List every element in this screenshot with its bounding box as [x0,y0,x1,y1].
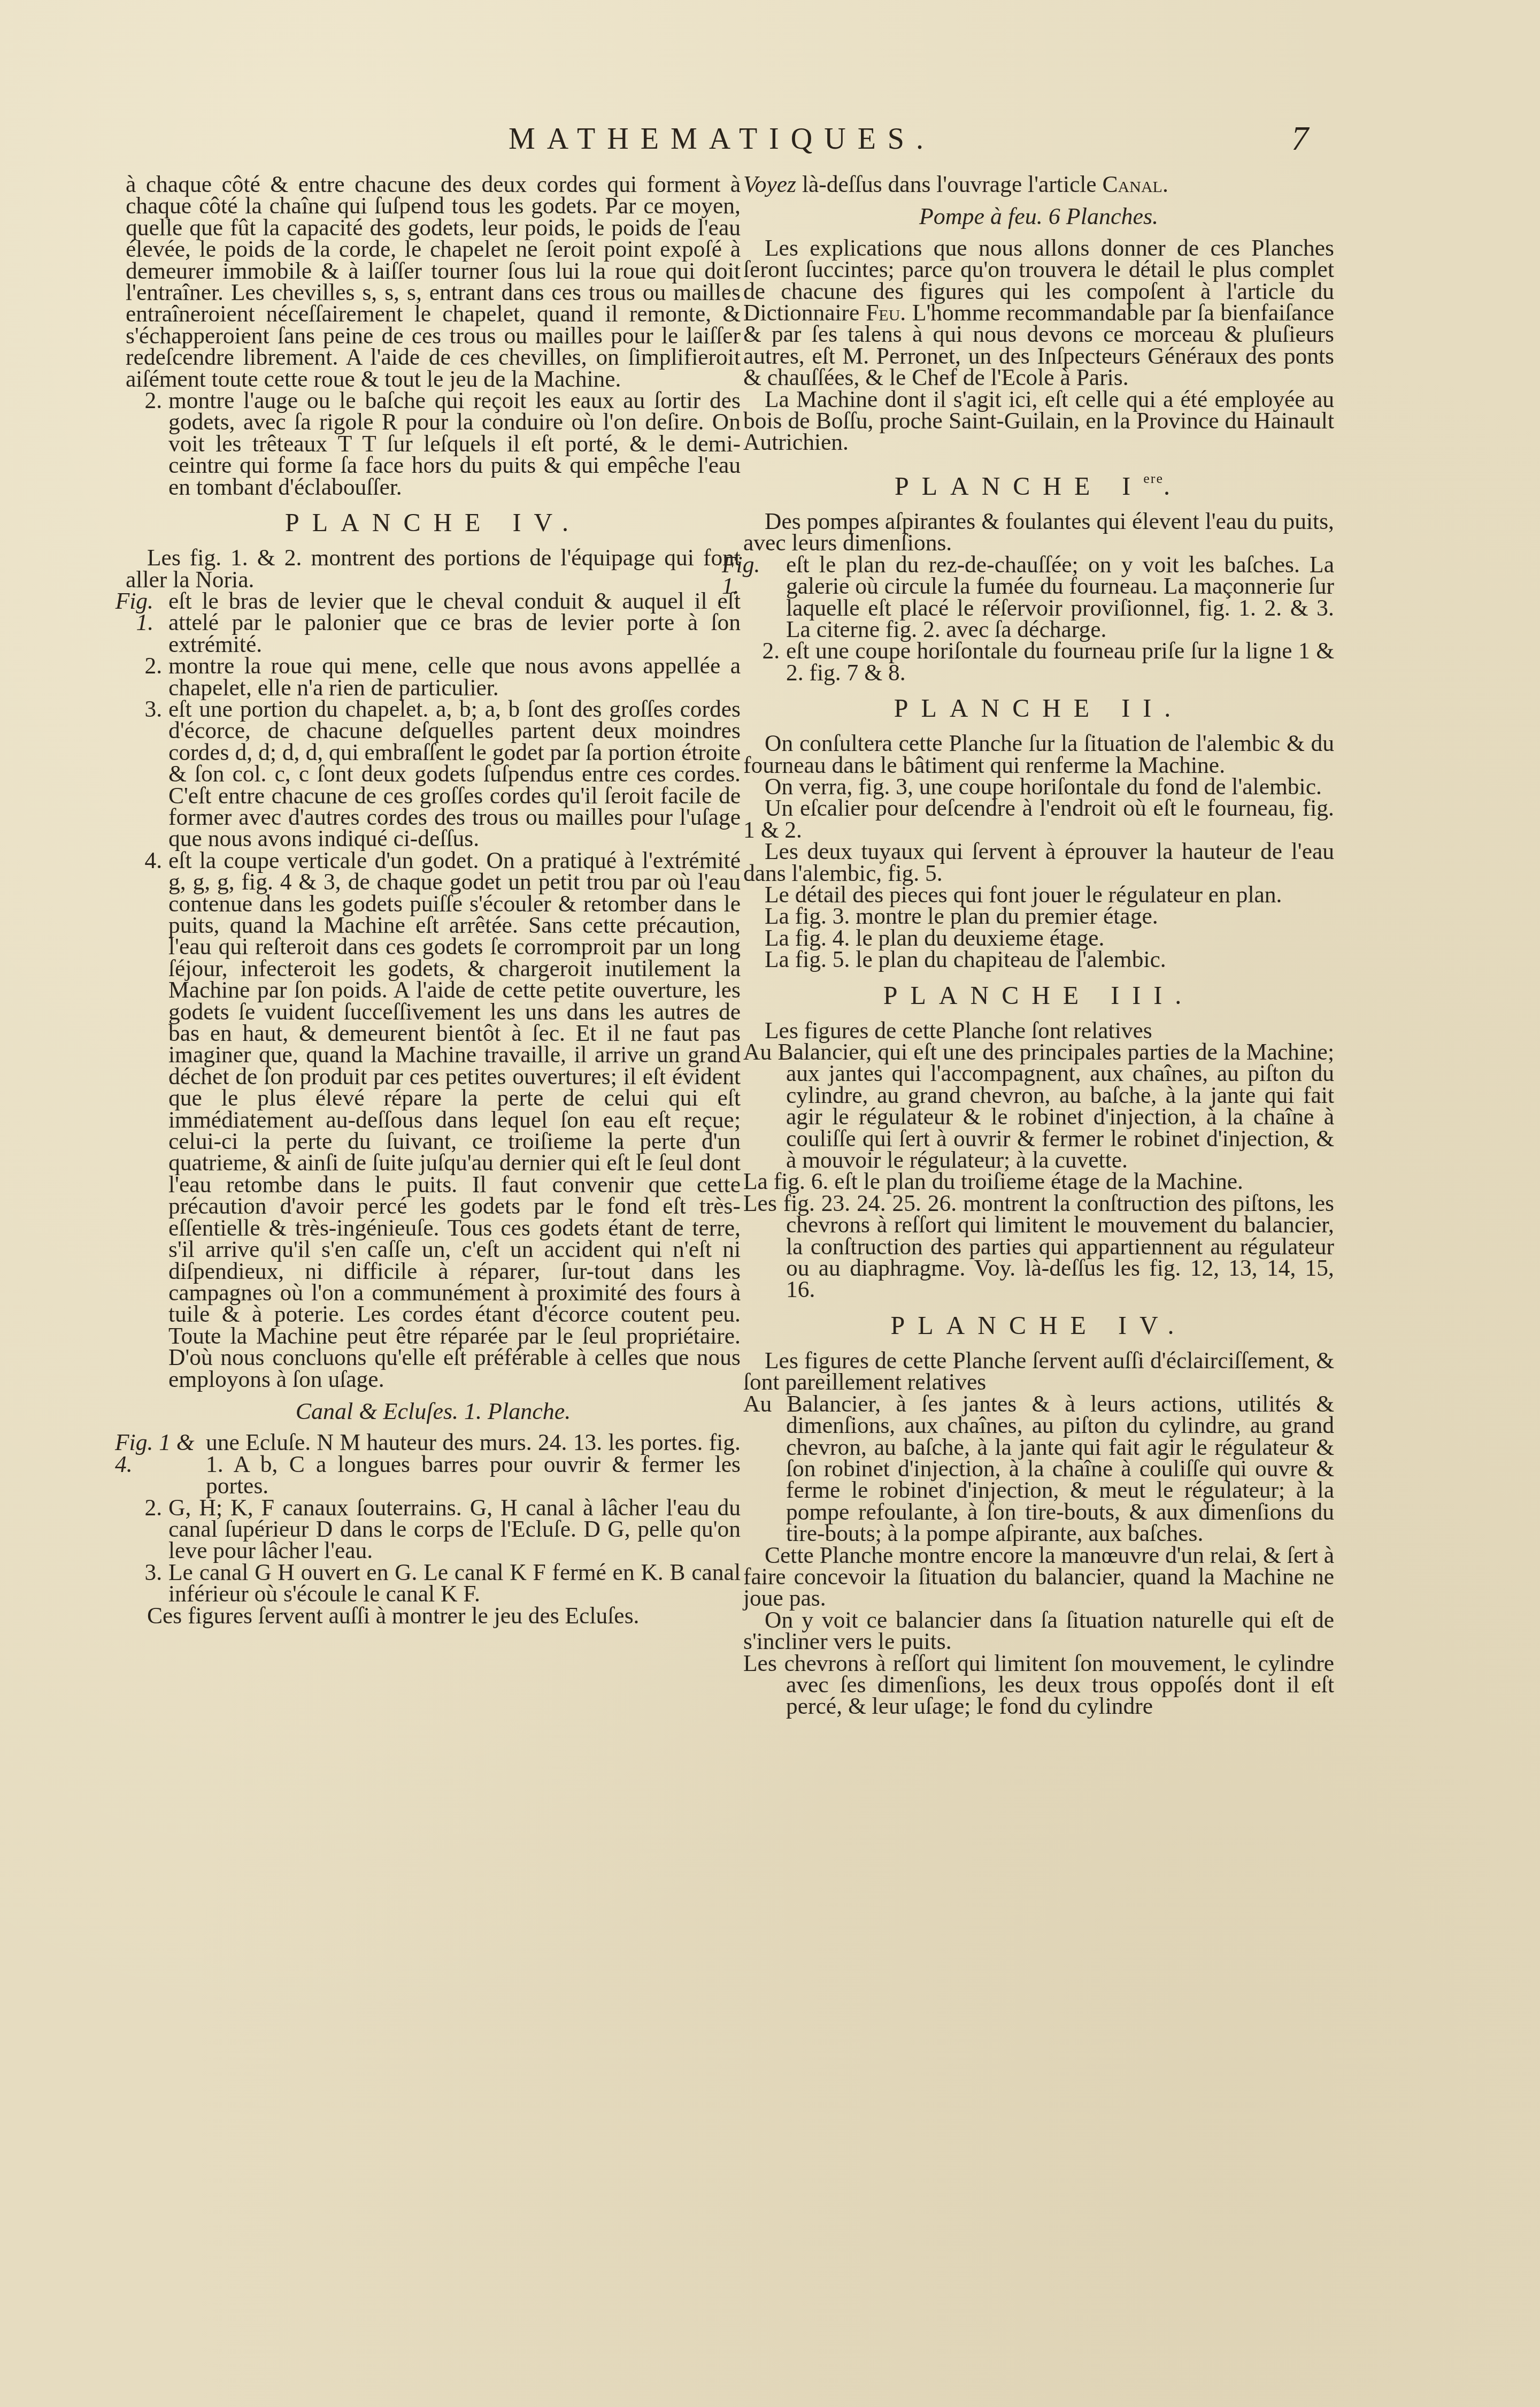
list-item: 2. G, H; K, F canaux ſouterrains. G, H c… [126,1497,741,1562]
section-heading-planche-ii: PLANCHE II. [743,695,1334,722]
paragraph: La fig. 4. le plan du deuxieme étage. [743,927,1334,949]
right-column: Voyez là-deſſus dans l'ouvrage l'article… [743,174,1334,1718]
list-item: Fig. 1 & 4. une Ecluſe. N M hauteur des … [126,1432,741,1497]
paragraph: La fig. 5. le plan du chapiteau de l'ale… [743,949,1334,970]
section-heading-planche-i: PLANCHE Iere. [743,465,1334,500]
list-item: Fig. 1. eſt le plan du rez-de-chauſſée; … [743,554,1334,641]
heading-text: PLANCHE I [895,472,1143,501]
left-column: à chaque côté & entre chacune des deux c… [126,174,741,1627]
heading-superscript: ere [1143,471,1164,486]
item-text: eſt une portion du chapelet. a, b; a, b … [168,696,741,852]
item-text: eſt le bras de levier que le cheval cond… [168,588,741,657]
item-number: Fig. 1. [722,554,781,597]
item-number: Fig. 1. [115,591,153,634]
item-text: eſt une coupe horiſontale du fourneau pr… [786,638,1334,685]
machine-location-paragraph: La Machine dont il s'agit ici, eſt celle… [743,389,1334,454]
heading-period: . [1164,472,1183,501]
paragraph: Les deux tuyaux qui ſervent à éprouver l… [743,841,1334,884]
item-text: Le canal G H ouvert en G. Le canal K F f… [168,1560,741,1607]
section-intro: Les figures de cette Planche ſervent auſ… [743,1350,1334,1393]
item-text: montre la roue qui mene, celle que nous … [168,653,741,700]
opening-paragraph: à chaque côté & entre chacune des deux c… [126,174,741,390]
item-text: G, H; K, F canaux ſouterrains. G, H cana… [168,1495,741,1564]
section-heading-canal-ecluses: Canal & Ecluſes. 1. Planche. [126,1401,741,1422]
item-number: Fig. 1 & 4. [115,1432,195,1475]
closing-paragraph: Ces figures ſervent auſſi à montrer le j… [126,1605,741,1627]
section-heading-pompe-a-feu: Pompe à feu. 6 Planches. [743,206,1334,227]
list-item: 2. eſt une coupe horiſontale du fourneau… [743,640,1334,684]
item-number: 4. [126,850,162,871]
section-intro: Les fig. 1. & 2. montrent des portions d… [126,547,741,591]
paragraph: On verra, fig. 3, une coupe horiſontale … [743,776,1334,798]
section-heading-planche-iv: PLANCHE IV. [126,510,741,536]
list-entry: Les fig. 23. 24. 25. 26. montrent la con… [743,1193,1334,1301]
item-number: 2. [126,655,162,677]
list-entry: La fig. 6. eſt le plan du troiſieme étag… [743,1171,1334,1192]
paragraph: On y voit ce balancier dans ſa ſituation… [743,1609,1334,1653]
paragraph: Un eſcalier pour deſcendre à l'endroit o… [743,798,1334,841]
section-intro: Des pompes aſpirantes & foulantes qui él… [743,511,1334,554]
page-number: 7 [1291,119,1308,158]
article-name: Canal. [1103,172,1168,197]
item-text: eſt le plan du rez-de-chauſſée; on y voi… [786,552,1334,642]
list-entry: Au Balancier, qui eſt une des principale… [743,1041,1334,1171]
list-item: 3. eſt une portion du chapelet. a, b; a,… [126,699,741,850]
item-text: une Ecluſe. N M hauteur des murs. 24. 13… [206,1430,741,1499]
item-number: 2. [743,640,780,662]
voyez-label: Voyez [743,172,796,197]
item-number: 2. [126,1497,162,1519]
cross-reference-text: là-deſſus dans l'ouvrage l'article [796,172,1103,197]
intro-paragraph: Les explications que nous allons donner … [743,237,1334,389]
paragraph: La fig. 3. montre le plan du premier éta… [743,906,1334,927]
section-intro: Les figures de cette Planche ſont relati… [743,1020,1334,1041]
list-item: 3. Le canal G H ouvert en G. Le canal K … [126,1562,741,1605]
item-text: montre l'auge ou le baſche qui reçoit le… [168,388,741,500]
list-item: 2. montre la roue qui mene, celle que no… [126,655,741,699]
item-number: 2. [126,390,162,411]
item-number: 3. [126,1562,162,1583]
paragraph: Cette Planche montre encore la manœuvre … [743,1545,1334,1609]
cross-reference-line: Voyez là-deſſus dans l'ouvrage l'article… [743,174,1334,195]
list-item: 2. montre l'auge ou le baſche qui reçoit… [126,390,741,498]
running-title: MATHEMATIQUES. [481,122,962,156]
paragraph: Le détail des pieces qui font jouer le r… [743,884,1334,906]
document-page: MATHEMATIQUES. 7 à chaque côté & entre c… [0,0,1540,2407]
paragraph: On conſultera cette Planche ſur la ſitua… [743,733,1334,776]
item-text: eſt la coupe verticale d'un godet. On a … [168,848,741,1392]
section-heading-planche-iii: PLANCHE III. [743,983,1334,1009]
list-item: Fig. 1. eſt le bras de levier que le che… [126,591,741,655]
section-heading-planche-iv: PLANCHE IV. [743,1313,1334,1339]
item-number: 3. [126,699,162,720]
list-entry: Au Balancier, à ſes jantes & à leurs act… [743,1393,1334,1545]
list-item: 4. eſt la coupe verticale d'un godet. On… [126,850,741,1390]
list-entry: Les chevrons à reſſort qui limitent ſon … [743,1653,1334,1718]
